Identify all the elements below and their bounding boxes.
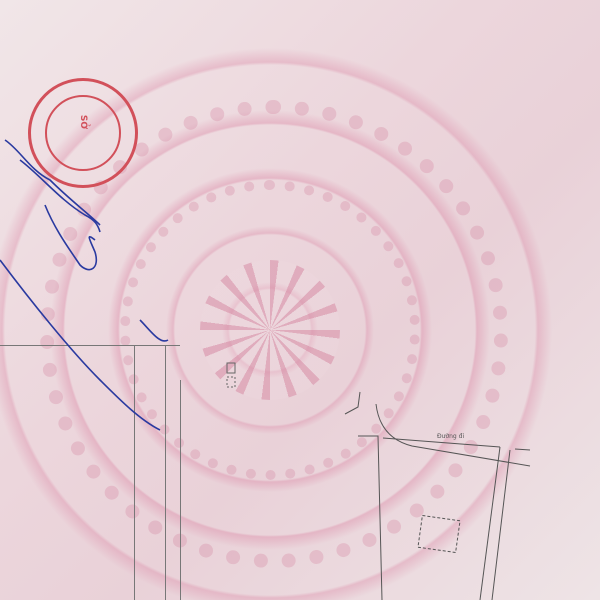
signature [0, 0, 600, 600]
